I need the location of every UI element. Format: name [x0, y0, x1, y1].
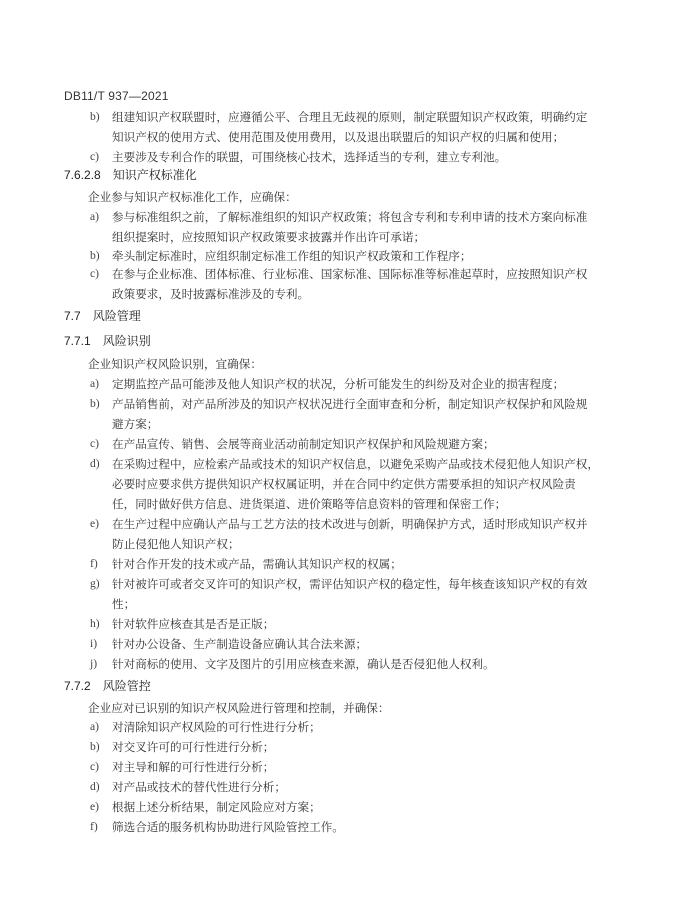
list-marker: d) [90, 779, 100, 795]
list-item-text: 组建知识产权联盟时，应遵循公平、合理且无歧视的原则，制定联盟知识产权政策，明确约… [112, 109, 587, 125]
section-title: 知识产权标准化 [113, 168, 197, 182]
list-item-text: 必要时应要求供方提供知识产权权属证明，并在合同中约定供方需要承担的知识产权风险责 [112, 476, 576, 492]
section-intro: 企业参与知识产权标准化工作，应确保： [88, 189, 297, 205]
list-marker: h) [90, 616, 100, 632]
list-item-text: 参与标准组织之前，了解标准组织的知识产权政策；将包含专利和专利申请的技术方案向标… [112, 209, 587, 225]
section-number: 7.7 [64, 308, 81, 324]
list-item-text: 筛选合适的服务机构协助进行风险管控工作。 [112, 819, 344, 835]
list-marker: i) [90, 636, 97, 652]
list-marker: f) [90, 556, 98, 572]
section-heading-77: 7.7风险管理 [64, 308, 141, 324]
section-heading-7628: 7.6.2.8知识产权标准化 [64, 167, 197, 183]
list-item-text: 政策要求，及时披露标准涉及的专利。 [112, 286, 309, 302]
list-marker: g) [90, 576, 100, 592]
list-item-text: 产品销售前，对产品所涉及的知识产权状况进行全面审查和分析，制定知识产权保护和风险… [112, 396, 587, 412]
list-item-text: 性； [112, 596, 135, 612]
list-marker: b) [90, 248, 100, 264]
list-item-text: 对清除知识产权风险的可行性进行分析； [112, 719, 321, 735]
list-item-text: 对交叉许可的可行性进行分析； [112, 739, 274, 755]
section-heading-771: 7.7.1风险识别 [64, 333, 151, 349]
list-marker: b) [90, 109, 100, 125]
list-marker: d) [90, 456, 100, 472]
section-number: 7.7.2 [64, 678, 91, 694]
list-item-text: 在产品宣传、销售、会展等商业活动前制定知识产权保护和风险规避方案； [112, 436, 495, 452]
section-number: 7.7.1 [64, 333, 91, 349]
section-title: 风险管理 [93, 309, 141, 323]
list-item-text: 在采购过程中，应检索产品或技术的知识产权信息，以避免采购产品或技术侵犯他人知识产… [112, 456, 599, 472]
list-marker: a) [90, 719, 99, 735]
list-marker: c) [90, 266, 99, 282]
list-item-text: 避方案； [112, 416, 158, 432]
list-item-text: 根据上述分析结果，制定风险应对方案； [112, 799, 321, 815]
section-heading-772: 7.7.2风险管控 [64, 678, 151, 694]
list-item-text: 任，同时做好供方信息、进货渠道、进价策略等信息资料的管理和保密工作； [112, 496, 506, 512]
list-item-text: 主要涉及专利合作的联盟，可围绕核心技术，选择适当的专利，建立专利池。 [112, 149, 506, 165]
list-item-text: 防止侵犯他人知识产权； [112, 536, 240, 552]
list-marker: c) [90, 759, 99, 775]
document-id-header: DB11/T 937—2021 [64, 89, 169, 103]
section-intro: 企业应对已识别的知识产权风险进行管理和控制，并确保： [88, 700, 389, 716]
document-page: DB11/T 937—2021 b) 组建知识产权联盟时，应遵循公平、合理且无歧… [0, 0, 673, 900]
list-item-text: 针对被许可或者交叉许可的知识产权，需评估知识产权的稳定性，每年核查该知识产权的有… [112, 576, 587, 592]
list-marker: e) [90, 799, 99, 815]
list-marker: e) [90, 516, 99, 532]
list-item-text: 知识产权的使用方式、使用范围及使用费用，以及退出联盟后的知识产权的归属和使用； [112, 129, 564, 145]
list-marker: c) [90, 149, 99, 165]
list-marker: j) [90, 656, 97, 672]
list-item-text: 组织提案时，应按照知识产权政策要求披露并作出许可承诺； [112, 229, 425, 245]
list-item-text: 牵头制定标准时，应组织制定标准工作组的知识产权政策和工作程序； [112, 248, 471, 264]
list-item-text: 对主导和解的可行性进行分析； [112, 759, 274, 775]
list-marker: b) [90, 739, 100, 755]
list-marker: f) [90, 819, 98, 835]
list-marker: a) [90, 376, 99, 392]
section-intro: 企业知识产权风险识别，宜确保： [88, 356, 262, 372]
list-marker: b) [90, 396, 100, 412]
section-title: 风险管控 [103, 679, 151, 693]
list-item-text: 定期监控产品可能涉及他人知识产权的状况，分析可能发生的纠纷及对企业的损害程度； [112, 376, 564, 392]
list-item-text: 针对软件应核查其是否是正版； [112, 616, 274, 632]
section-title: 风险识别 [103, 334, 151, 348]
list-item-text: 在参与企业标准、团体标准、行业标准、国家标准、国际标准等标准起草时，应按照知识产… [112, 266, 587, 282]
list-item-text: 针对合作开发的技术或产品，需确认其知识产权的权属； [112, 556, 402, 572]
list-item-text: 在生产过程中应确认产品与工艺方法的技术改进与创新，明确保护方式，适时形成知识产权… [112, 516, 587, 532]
list-item-text: 针对商标的使用、文字及图片的引用应核查来源，确认是否侵犯他人权利。 [112, 656, 495, 672]
list-item-text: 针对办公设备、生产制造设备应确认其合法来源； [112, 636, 367, 652]
list-marker: c) [90, 436, 99, 452]
list-item-text: 对产品或技术的替代性进行分析； [112, 779, 286, 795]
section-number: 7.6.2.8 [64, 167, 101, 183]
list-marker: a) [90, 209, 99, 225]
